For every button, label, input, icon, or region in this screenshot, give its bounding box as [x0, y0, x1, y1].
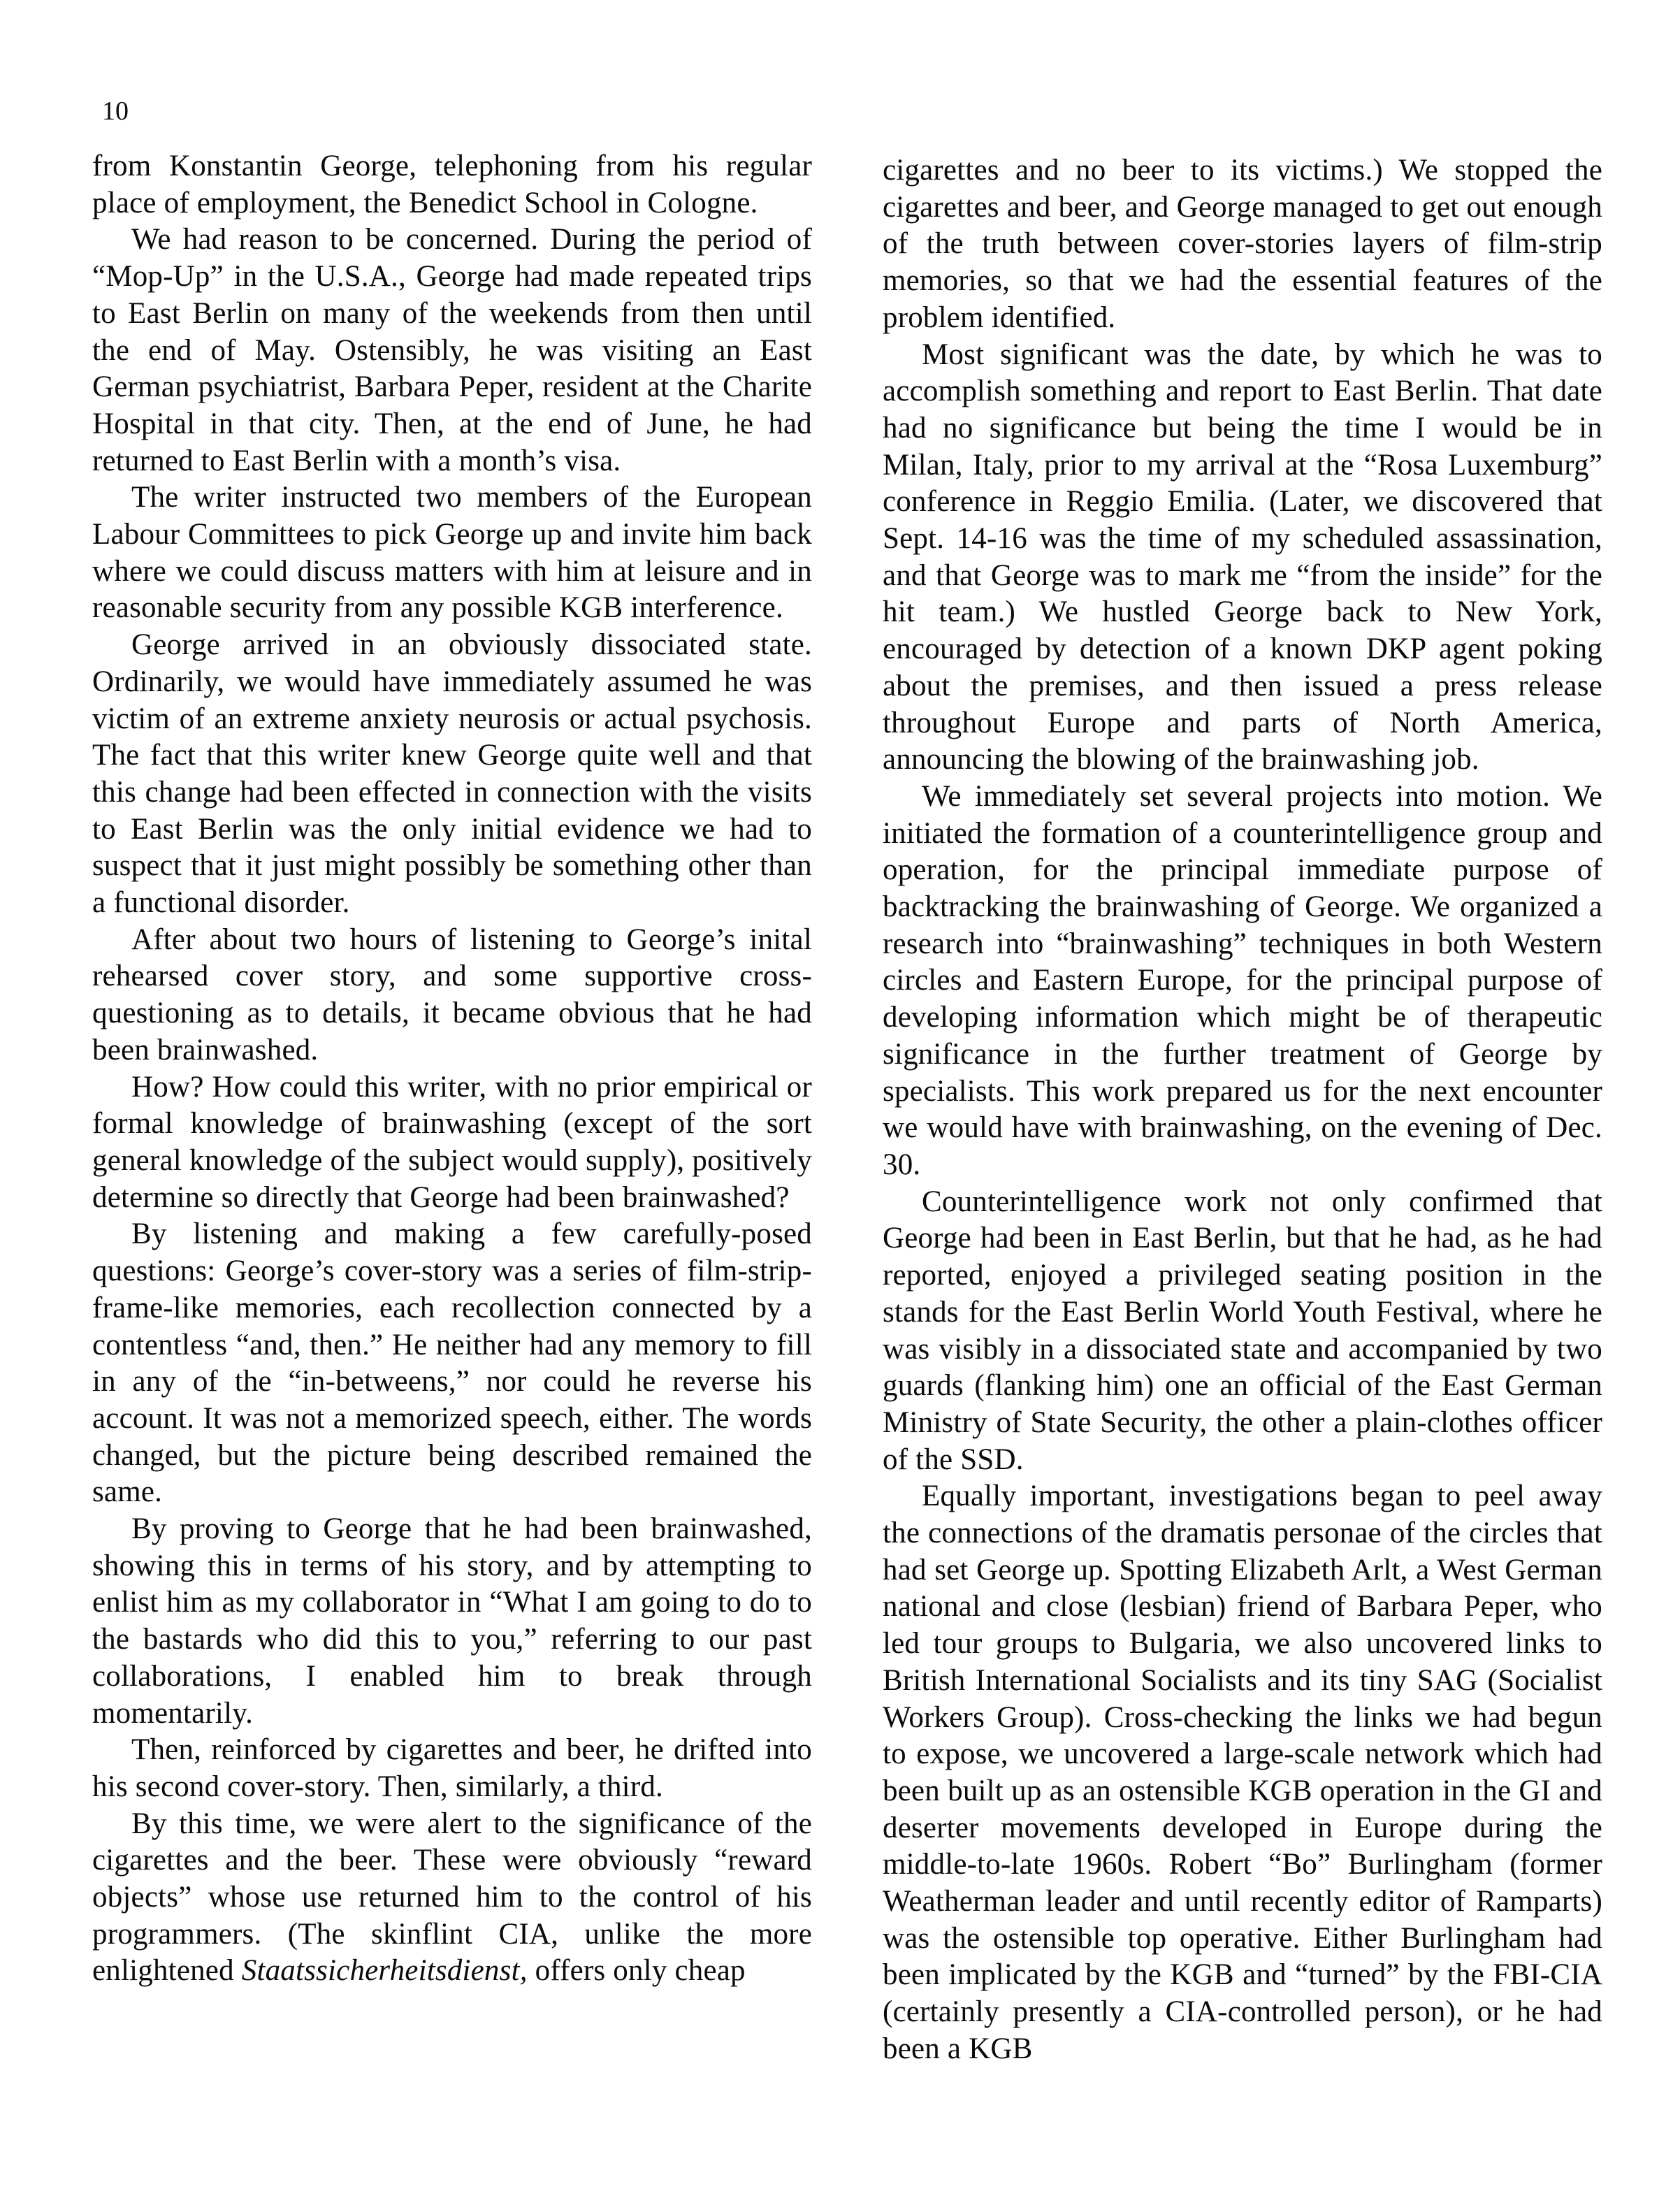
- right-column: cigarettes and no beer to its victims.) …: [883, 152, 1602, 2068]
- text-run: offers only cheap: [528, 1954, 746, 1987]
- text-run: We immediately set several projects into…: [883, 780, 1602, 1181]
- text-run: Equally important, investigations began …: [883, 1480, 1602, 2065]
- page-number: 10: [102, 98, 129, 124]
- paragraph: George arrived in an obviously dissociat…: [92, 627, 812, 922]
- paragraph: from Konstantin George, telephoning from…: [92, 148, 812, 222]
- text-run: By listening and making a few carefully-…: [92, 1217, 812, 1508]
- paragraph: cigarettes and no beer to its victims.) …: [883, 152, 1602, 337]
- text-run: cigarettes and no beer to its victims.) …: [883, 154, 1602, 334]
- text-run: We had reason to be concerned. During th…: [92, 223, 812, 477]
- text-run: After about two hours of listening to Ge…: [92, 923, 812, 1067]
- paragraph: By proving to George that he had been br…: [92, 1511, 812, 1732]
- paragraph: Then, reinforced by cigarettes and beer,…: [92, 1732, 812, 1805]
- text-run: Then, reinforced by cigarettes and beer,…: [92, 1733, 812, 1803]
- paragraph: Most significant was the date, by which …: [883, 337, 1602, 779]
- paragraph: We immediately set several projects into…: [883, 779, 1602, 1184]
- text-run: George arrived in an obviously dissociat…: [92, 628, 812, 919]
- text-run: By proving to George that he had been br…: [92, 1512, 812, 1730]
- text-run: The writer instructed two members of the…: [92, 481, 812, 624]
- text-run: How? How could this writer, with no prio…: [92, 1071, 812, 1214]
- paragraph: By this time, we were alert to the signi…: [92, 1806, 812, 1990]
- text-run: from Konstantin George, telephoning from…: [92, 150, 812, 219]
- text-run: Most significant was the date, by which …: [883, 338, 1602, 776]
- text-run: Counterintelligence work not only confir…: [883, 1185, 1602, 1476]
- paragraph: After about two hours of listening to Ge…: [92, 922, 812, 1069]
- paragraph: Counterintelligence work not only confir…: [883, 1184, 1602, 1479]
- paragraph: How? How could this writer, with no prio…: [92, 1069, 812, 1217]
- paragraph: The writer instructed two members of the…: [92, 479, 812, 627]
- document-page: 10 from Konstantin George, telephoning f…: [0, 0, 1673, 2212]
- left-column: from Konstantin George, telephoning from…: [92, 148, 812, 1990]
- paragraph: Equally important, investigations began …: [883, 1478, 1602, 2067]
- paragraph: We had reason to be concerned. During th…: [92, 222, 812, 479]
- italic-text-run: Staatssicherheitsdienst,: [242, 1954, 528, 1987]
- paragraph: By listening and making a few carefully-…: [92, 1216, 812, 1511]
